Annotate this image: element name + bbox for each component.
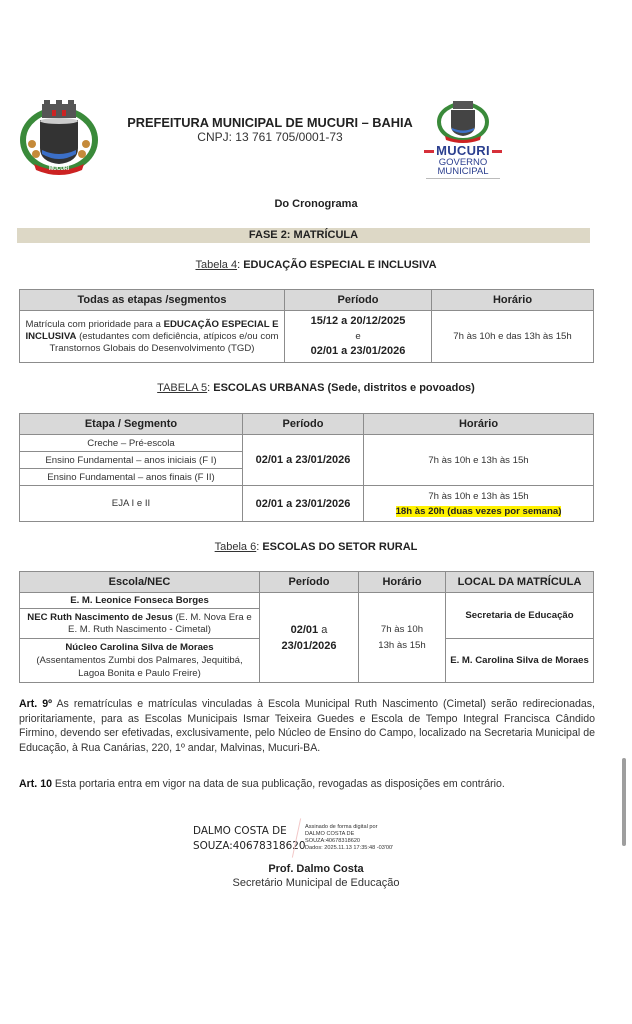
table5-header-segment: Etapa / Segmento	[20, 414, 243, 435]
table6-school: E. M. Leonice Fonseca Borges	[20, 593, 260, 609]
table6-period: 02/01 a 23/01/2026	[260, 593, 359, 683]
table4: Todas as etapas /segmentos Período Horár…	[19, 289, 594, 363]
table6-location: E. M. Carolina Silva de Moraes	[446, 639, 594, 683]
table4-header-segment: Todas as etapas /segmentos	[20, 290, 285, 311]
table6-caption: Tabela 6: ESCOLAS DO SETOR RURAL	[0, 541, 632, 553]
table6-schedule: 7h às 10h 13h às 15h	[359, 593, 446, 683]
article-10: Art. 10 Esta portaria entra em vigor na …	[19, 777, 595, 792]
signer-role: Secretário Municipal de Educação	[0, 877, 632, 889]
cnpj: CNPJ: 13 761 705/0001-73	[120, 130, 420, 144]
table5: Etapa / Segmento Período Horário Creche …	[19, 413, 594, 522]
signer-name: Prof. Dalmo Costa	[0, 863, 632, 875]
table6-school: NEC Ruth Nascimento de Jesus (E. M. Nova…	[20, 609, 260, 639]
table5-segment: Creche – Pré-escola	[20, 435, 243, 452]
government-crest-logo	[433, 98, 493, 143]
table5-segment: Ensino Fundamental – anos iniciais (F I)	[20, 452, 243, 469]
table6: Escola/NEC Período Horário LOCAL DA MATR…	[19, 571, 594, 683]
table-row: E. M. Leonice Fonseca Borges 02/01 a 23/…	[20, 593, 594, 609]
vertical-scrollbar[interactable]	[622, 758, 626, 846]
table5-header-period: Período	[243, 414, 364, 435]
table6-school: Núcleo Carolina Silva de Moraes (Assenta…	[20, 639, 260, 683]
table5-header-schedule: Horário	[364, 414, 594, 435]
table6-header-school: Escola/NEC	[20, 572, 260, 593]
table4-header-schedule: Horário	[432, 290, 594, 311]
svg-text:MUCURI: MUCURI	[49, 166, 70, 172]
digital-signature-certificate: Assinado de forma digital por DALMO COST…	[305, 824, 393, 852]
digital-signature-name: DALMO COSTA DE SOUZA:40678318620	[193, 824, 305, 854]
table4-period-cell: 15/12 a 20/12/2025 e 02/01 a 23/01/2026	[285, 311, 432, 363]
mucuri-governo-municipal-logo: MUCURI GOVERNO MUNICIPAL	[420, 143, 506, 183]
table6-location: Secretaria de Educação	[446, 593, 594, 639]
table5-caption: TABELA 5: ESCOLAS URBANAS (Sede, distrit…	[0, 382, 632, 394]
table-row: EJA I e II 02/01 a 23/01/2026 7h às 10h …	[20, 486, 594, 522]
table4-segment-cell: Matrícula com prioridade para a EDUCAÇÃO…	[20, 311, 285, 363]
article-9: Art. 9º As rematrículas e matrículas vin…	[19, 697, 595, 755]
section-title: Do Cronograma	[0, 198, 632, 210]
table5-period: 02/01 a 23/01/2026	[243, 486, 364, 522]
table5-schedule: 7h às 10h e 13h às 15h	[364, 435, 594, 486]
table4-header-period: Período	[285, 290, 432, 311]
table-row: Creche – Pré-escola 02/01 a 23/01/2026 7…	[20, 435, 594, 452]
municipal-coat-of-arms-logo: MUCURI	[18, 98, 100, 178]
phase-banner: FASE 2: MATRÍCULA	[17, 228, 590, 243]
org-name: PREFEITURA MUNICIPAL DE MUCURI – BAHIA	[120, 115, 420, 130]
highlighted-evening-schedule: 18h às 20h (duas vezes por semana)	[396, 506, 562, 517]
table6-header-schedule: Horário	[359, 572, 446, 593]
table4-caption: Tabela 4: EDUCAÇÃO ESPECIAL E INCLUSIVA	[0, 259, 632, 271]
table5-period: 02/01 a 23/01/2026	[243, 435, 364, 486]
table5-schedule: 7h às 10h e 13h às 15h 18h às 20h (duas …	[364, 486, 594, 522]
table5-segment: Ensino Fundamental – anos finais (F II)	[20, 469, 243, 486]
table6-header-location: LOCAL DA MATRÍCULA	[446, 572, 594, 593]
table6-header-period: Período	[260, 572, 359, 593]
table5-segment: EJA I e II	[20, 486, 243, 522]
table4-schedule-cell: 7h às 10h e das 13h às 15h	[432, 311, 594, 363]
table-row: Matrícula com prioridade para a EDUCAÇÃO…	[20, 311, 594, 363]
